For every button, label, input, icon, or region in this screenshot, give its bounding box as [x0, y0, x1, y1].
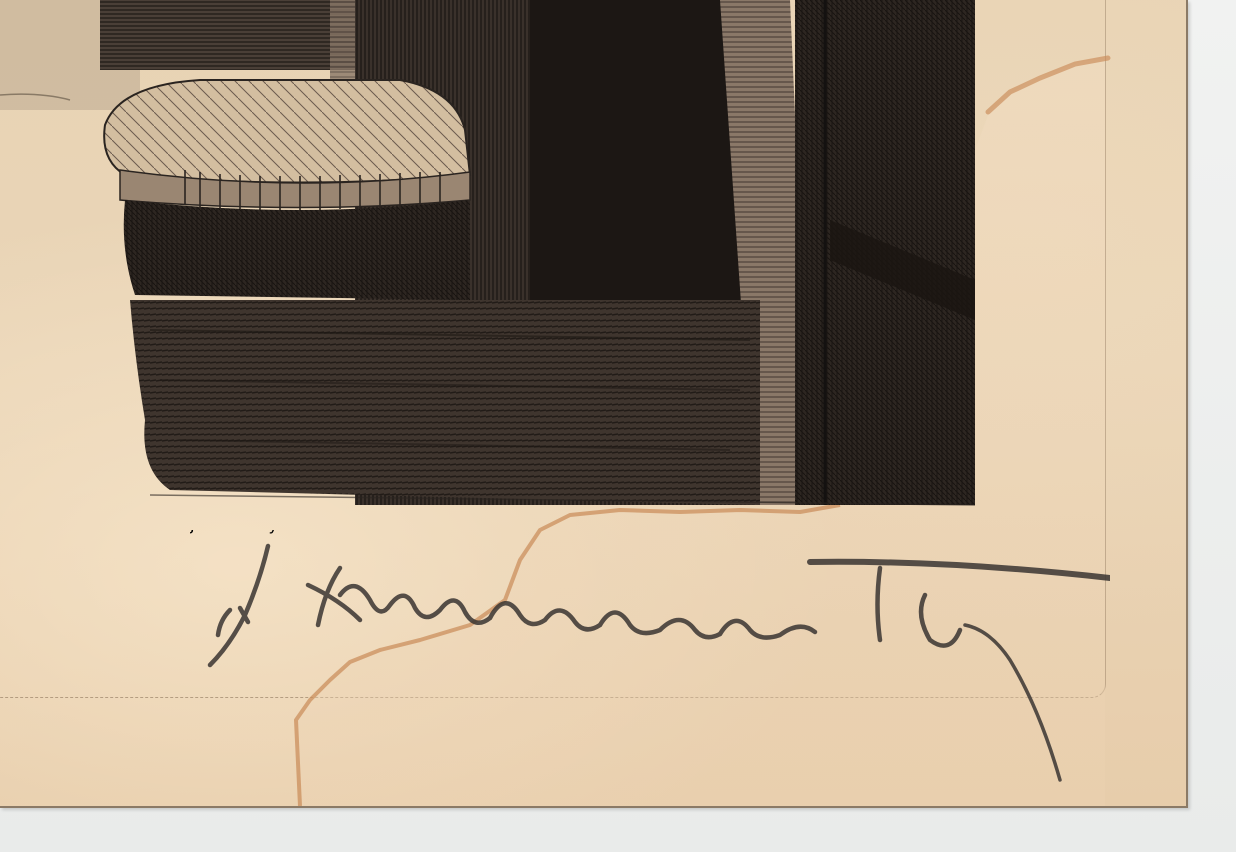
signature-text: J. Hamanty: [190, 530, 278, 534]
artist-signature: J. Hamanty: [190, 530, 1110, 810]
etching-illustration: [0, 0, 980, 510]
print-paper: J. Hamanty: [0, 0, 1188, 808]
etched-plate-image: [0, 0, 975, 505]
